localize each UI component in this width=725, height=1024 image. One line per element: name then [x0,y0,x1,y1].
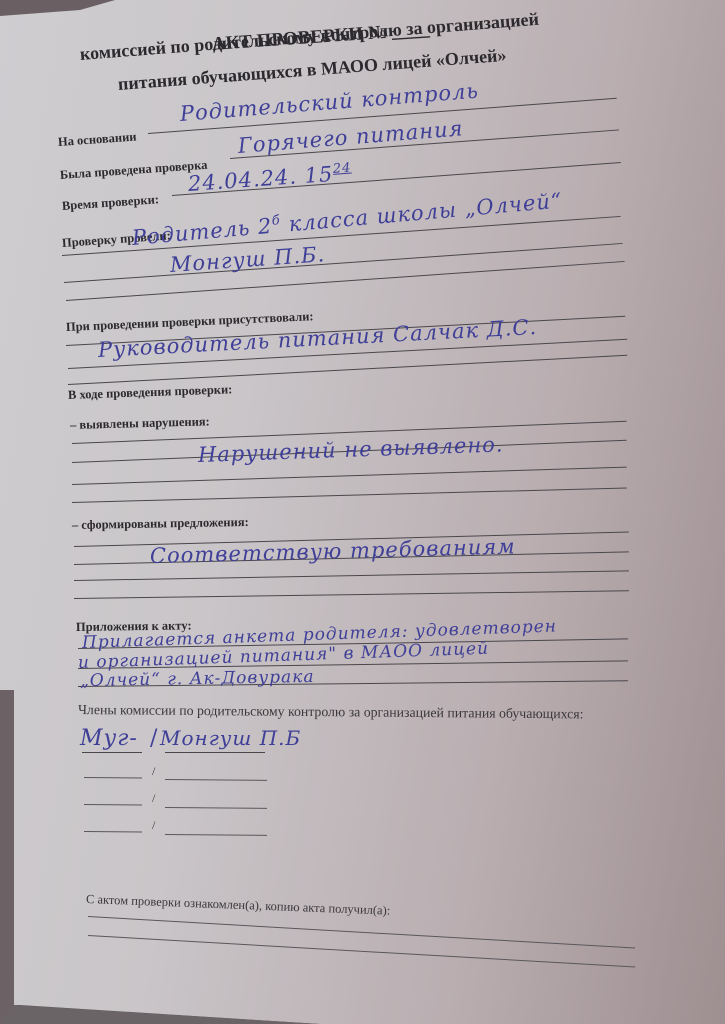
background-left-edge [0,690,14,1024]
member-separator-2: / [152,764,155,779]
member-name-line-1 [165,752,265,753]
conducted-class-letter: б [271,213,281,229]
member-separator-4: / [152,818,155,833]
member-separator-3: / [152,791,155,806]
attachments-value-line3: „Олчей“ г. Ак-Довурака [80,667,315,691]
member-sign-line-1 [82,752,142,753]
member-name: Монгуш П.Б [160,726,301,750]
paper-sheet [0,0,725,1024]
proposals-label: – сформированы предложения: [72,515,249,533]
member-separator: / [150,726,158,751]
member-signature: Муг- [80,726,138,751]
time-minutes: 24 [332,161,352,177]
